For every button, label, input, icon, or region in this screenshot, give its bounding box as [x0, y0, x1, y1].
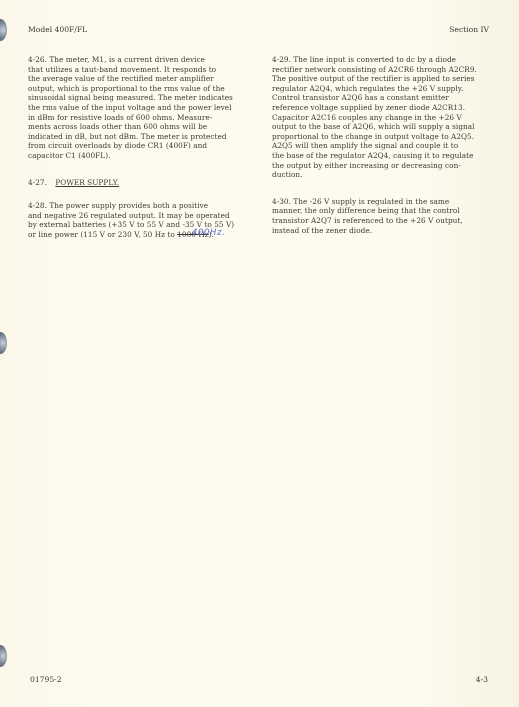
header-model: Model 400F/FL — [28, 25, 87, 34]
punch-hole-icon — [0, 645, 7, 667]
handwritten-annotation: 400Hz. — [192, 228, 225, 238]
document-page: Model 400F/FL Section IV 4-26. The meter… — [0, 0, 519, 707]
header-section: Section IV — [449, 25, 489, 34]
paragraph-4-26: 4-26. The meter, M1, is a current driven… — [28, 55, 260, 161]
section-title: POWER SUPPLY. — [55, 178, 119, 187]
paragraph-4-29: 4-29. The line input is converted to dc … — [272, 55, 505, 180]
footer-doc-number: 01795-2 — [30, 675, 62, 684]
left-column: 4-26. The meter, M1, is a current driven… — [28, 55, 260, 240]
footer-page-number: 4-3 — [476, 675, 488, 684]
section-number: 4-27. — [28, 178, 47, 187]
right-column: 4-29. The line input is converted to dc … — [272, 55, 505, 235]
section-heading-power-supply: 4-27. POWER SUPPLY. — [28, 178, 260, 188]
punch-hole-icon — [0, 332, 7, 354]
paragraph-4-30: 4-30. The -26 V supply is regulated in t… — [272, 197, 505, 235]
punch-hole-icon — [0, 19, 7, 41]
